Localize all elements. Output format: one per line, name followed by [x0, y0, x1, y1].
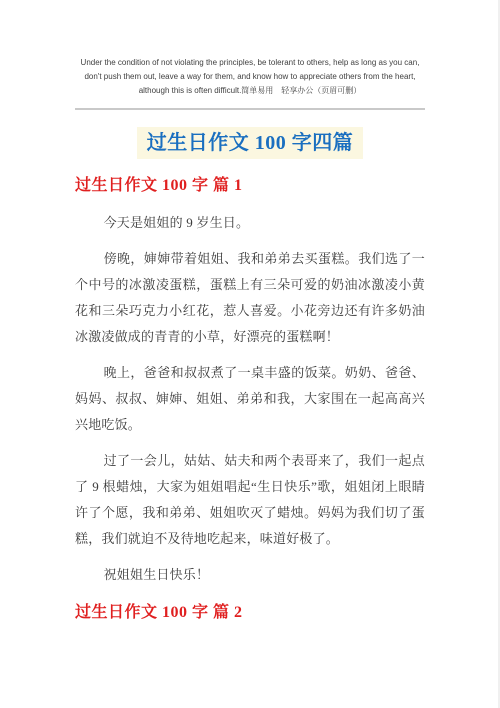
section-heading-2: 过生日作文 100 字 篇 2: [75, 602, 425, 624]
section-heading-1: 过生日作文 100 字 篇 1: [75, 175, 425, 197]
header-divider: [75, 108, 425, 110]
essay-paragraph: 祝姐姐生日快乐！: [75, 562, 425, 588]
essay-paragraph: 晚上，爸爸和叔叔煮了一桌丰盛的饭菜。奶奶、爸爸、妈妈、叔叔、婶婶、姐姐、弟弟和我…: [75, 360, 425, 438]
document-title-text: 过生日作文 100 字四篇: [137, 127, 364, 159]
page-header-note: Under the condition of not violating the…: [75, 56, 425, 98]
essay-body-1: 今天是姐姐的 9 岁生日。 傍晚，婶婶带着姐姐、我和弟弟去买蛋糕。我们选了一个中…: [75, 210, 425, 588]
essay-paragraph: 过了一会儿，姑姑、姑夫和两个表哥来了，我们一起点了 9 根蜡烛，大家为姐姐唱起“…: [75, 448, 425, 552]
essay-paragraph: 傍晚，婶婶带着姐姐、我和弟弟去买蛋糕。我们选了一个中号的冰激凌蛋糕，蛋糕上有三朵…: [75, 246, 425, 350]
document-page: Under the condition of not violating the…: [0, 0, 500, 708]
document-title: 过生日作文 100 字四篇: [0, 126, 500, 155]
essay-paragraph: 今天是姐姐的 9 岁生日。: [75, 210, 425, 236]
